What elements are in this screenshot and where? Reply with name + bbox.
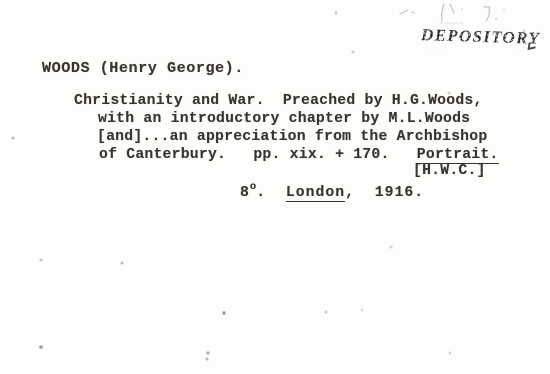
imprint-separator: . [256, 185, 286, 201]
dust-specks [0, 0, 2, 2]
place-of-publication: London [286, 185, 345, 202]
publication-year: , 1916. [345, 185, 424, 201]
cataloguer-initials: [H.W.C.] [413, 164, 486, 180]
imprint-line: 8o. London, 1916. [240, 186, 424, 202]
entry-line-4: of Canterbury. pp. xix. + 170. Portrait. [99, 148, 499, 164]
portrait-note: Portrait. [417, 147, 499, 164]
catalog-card: DEPOSITORY WOODS (Henry George). Christi… [0, 0, 550, 374]
depository-stamp: DEPOSITORY [421, 25, 540, 51]
collation-text: of Canterbury. pp. xix. + 170. [99, 147, 417, 163]
format-number: 8 [240, 185, 250, 201]
format-superscript: o [250, 181, 256, 193]
entry-line-2: with an introductory chapter by M.L.Wood… [98, 112, 470, 128]
author-heading: WOODS (Henry George). [42, 61, 244, 77]
entry-line-1: Christianity and War. Preached by H.G.Wo… [74, 94, 483, 110]
entry-line-3: [and]...an appreciation from the Archbis… [97, 130, 487, 146]
